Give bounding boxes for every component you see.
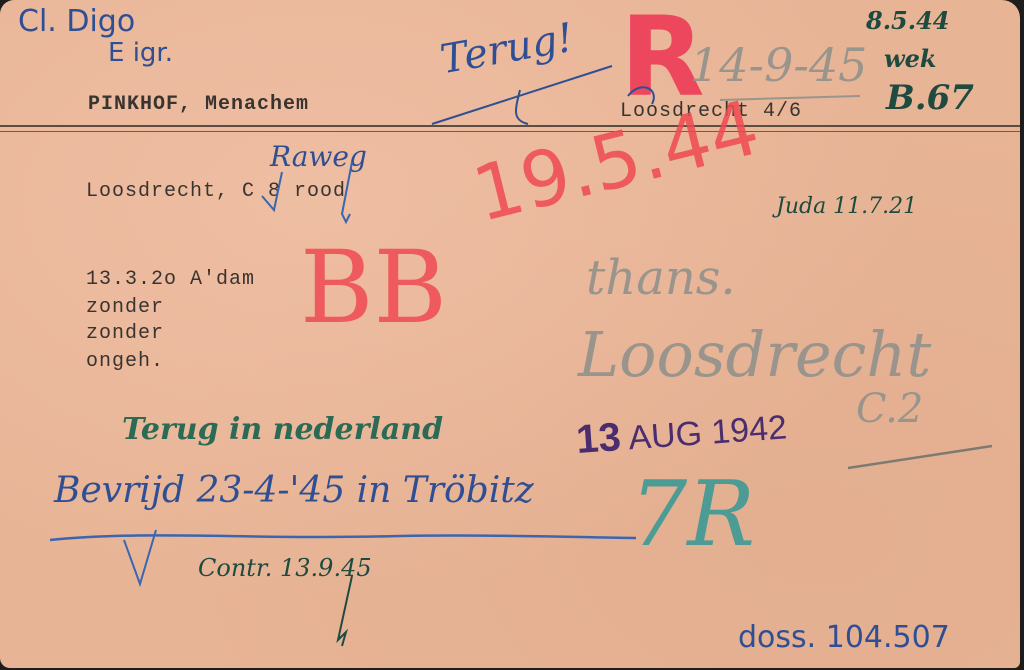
- bevrijd-underline: [50, 535, 636, 540]
- archive-index-card: Cl. Digo E igr. PINKHOF, Menachem Terug!…: [0, 0, 1020, 668]
- terug-strike-line: [432, 66, 612, 124]
- pen-strokes: [0, 0, 1020, 668]
- contr-initial-mark: [338, 576, 352, 646]
- juda-check-mark: [628, 87, 654, 104]
- address-insert-marks: [262, 162, 352, 222]
- pencil-date-underline: [720, 96, 860, 100]
- bevrijd-check-mark: [124, 530, 156, 584]
- pencil-c2-underline: [848, 446, 992, 468]
